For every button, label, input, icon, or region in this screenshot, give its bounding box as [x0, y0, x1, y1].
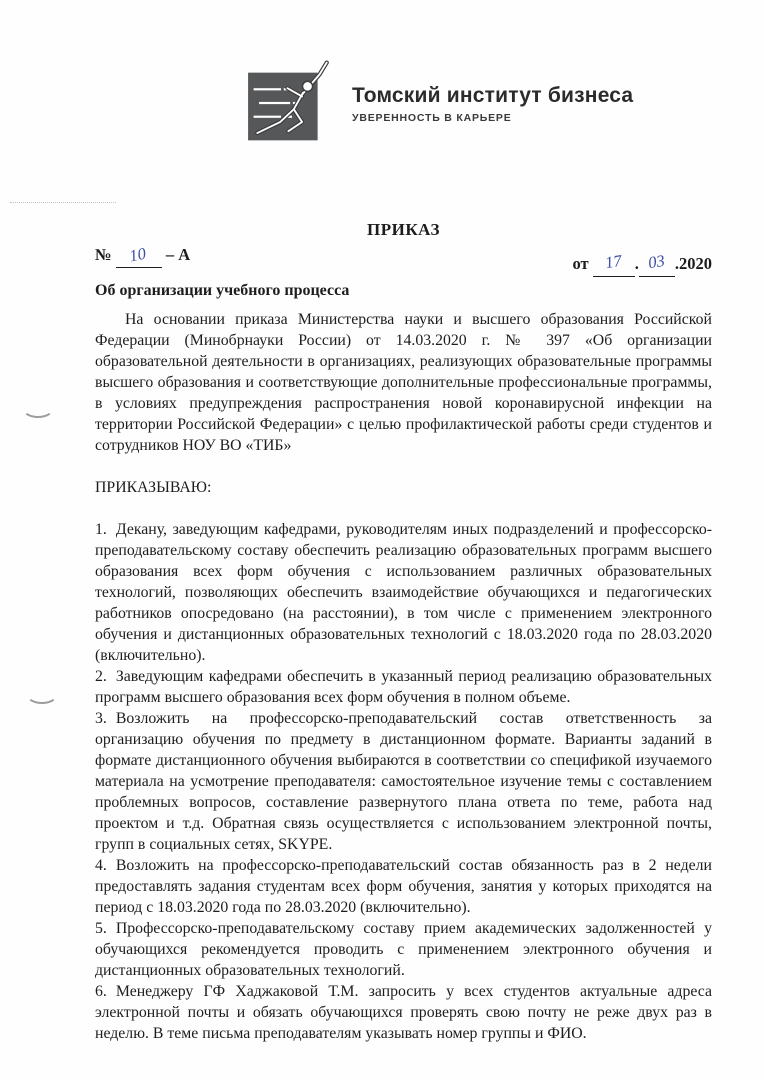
date-month-blank: 03	[639, 257, 675, 277]
item-number: 2.	[95, 668, 107, 685]
document-header: ПРИКАЗ № 10 – А от 17.03.2020	[95, 220, 712, 277]
order-item: 3.Возложить на профессорско-преподавател…	[95, 708, 712, 855]
institute-logo: Томский институт бизнеса УВЕРЕННОСТЬ В К…	[246, 58, 633, 144]
order-date: от 17.03.2020	[572, 254, 712, 277]
leaping-figure-logo-icon	[246, 58, 338, 144]
number-blank: 10	[116, 248, 162, 268]
document-body: На основании приказа Министерства науки …	[95, 309, 712, 1044]
date-year: .2020	[675, 254, 712, 273]
item-text: Декану, заведующим кафедрами, руководите…	[95, 521, 712, 664]
order-item: 6.Менеджеру ГФ Хаджаковой Т.М. запросить…	[95, 981, 712, 1044]
number-and-date-row: № 10 – А от 17.03.2020	[95, 245, 712, 277]
scan-artifact-arc	[26, 684, 58, 704]
date-prefix: от	[572, 254, 588, 273]
order-number: № 10 – А	[95, 245, 190, 268]
logo-title: Томский институт бизнеса	[352, 84, 633, 108]
scanned-order-page: Томский институт бизнеса УВЕРЕННОСТЬ В К…	[0, 0, 764, 1080]
item-text: Возложить на профессорско-преподавательс…	[95, 857, 712, 916]
order-item: 4.Возложить на профессорско-преподавател…	[95, 855, 712, 918]
item-number: 1.	[95, 521, 107, 538]
handwritten-month: 03	[646, 251, 665, 273]
logo-text: Томский институт бизнеса УВЕРЕННОСТЬ В К…	[352, 84, 633, 124]
order-item: 5.Профессорско-преподавательскому состав…	[95, 918, 712, 981]
scan-artifact-dotted-line	[10, 202, 116, 203]
handwritten-day: 17	[603, 251, 622, 273]
order-item: 1.Декану, заведующим кафедрами, руководи…	[95, 519, 712, 666]
order-items: 1.Декану, заведующим кафедрами, руководи…	[95, 519, 712, 1044]
item-number: 5.	[95, 920, 107, 937]
number-prefix: №	[95, 245, 112, 264]
item-text: Профессорско-преподавательскому составу …	[95, 920, 712, 979]
item-text: Возложить на профессорско-преподавательс…	[95, 710, 712, 853]
order-subject: Об организации учебного процесса	[95, 282, 349, 300]
handwritten-number: 10	[128, 244, 148, 267]
date-day-blank: 17	[593, 257, 635, 277]
item-number: 6.	[95, 983, 107, 1000]
logo-tagline: УВЕРЕННОСТЬ В КАРЬЕРЕ	[352, 112, 633, 124]
item-text: Менеджеру ГФ Хаджаковой Т.М. запросить у…	[95, 983, 712, 1042]
scan-artifact-arc	[22, 398, 54, 418]
item-number: 4.	[95, 857, 107, 874]
number-suffix: – А	[166, 245, 190, 264]
order-item: 2.Заведующим кафедрами обеспечить в указ…	[95, 666, 712, 708]
resolution-word: ПРИКАЗЫВАЮ:	[95, 477, 712, 498]
document-type-title: ПРИКАЗ	[95, 220, 712, 240]
item-number: 3.	[95, 710, 107, 727]
intro-paragraph: На основании приказа Министерства науки …	[95, 309, 712, 456]
item-text: Заведующим кафедрами обеспечить в указан…	[95, 668, 712, 706]
